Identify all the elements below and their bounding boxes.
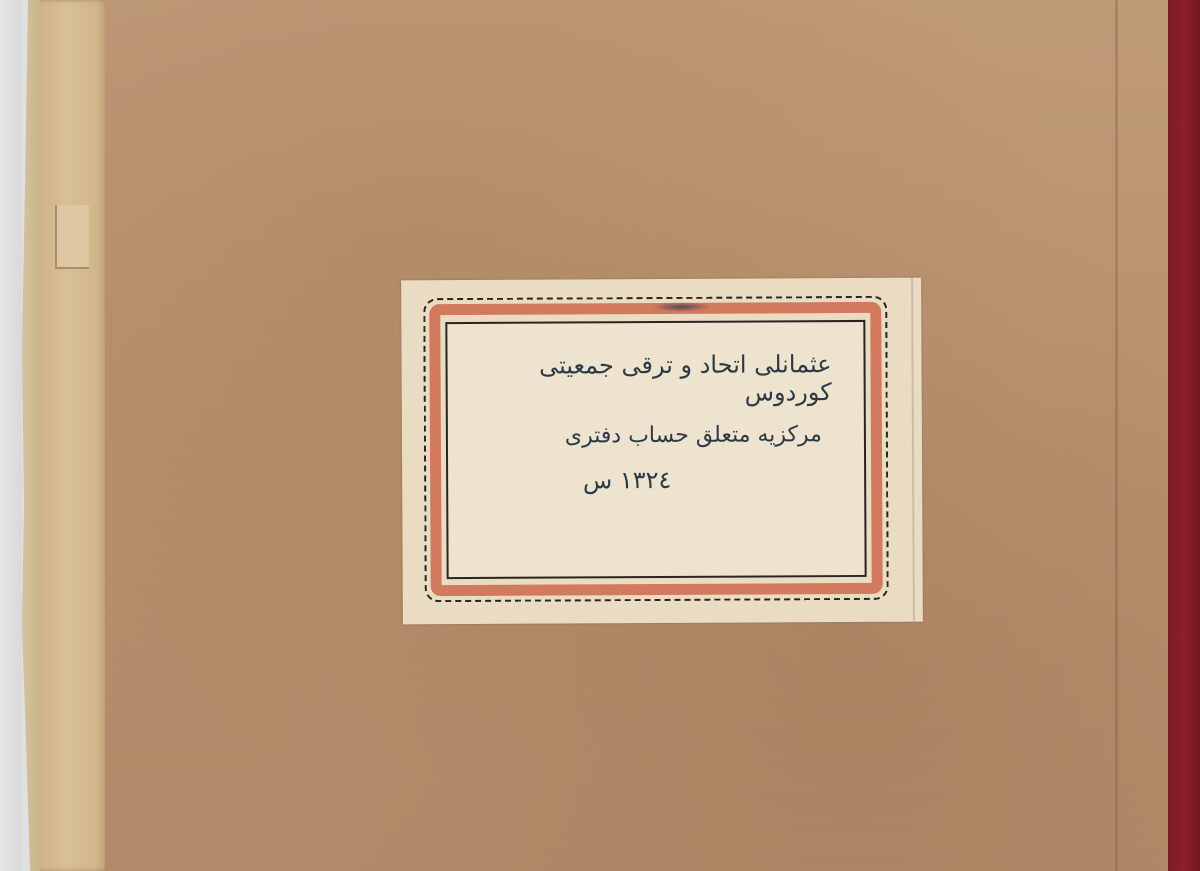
label-text: عثمانلی اتحاد و ترقی جمعیتی کوردوس مرکزی… xyxy=(461,338,852,564)
spine-strip xyxy=(40,0,110,871)
label-year: ١٣٢٤ س xyxy=(462,465,852,495)
ink-blot xyxy=(651,302,711,312)
cover-crease xyxy=(1115,0,1118,871)
label-line-1: عثمانلی اتحاد و ترقی جمعیتی کوردوس xyxy=(461,350,851,408)
cover-label: عثمانلی اتحاد و ترقی جمعیتی کوردوس مرکزی… xyxy=(401,278,923,625)
red-binding xyxy=(1168,0,1200,871)
label-edge xyxy=(911,278,915,622)
label-line-2: مرکزیه متعلق حساب دفتری xyxy=(462,422,852,449)
paper-tear xyxy=(55,205,89,269)
background xyxy=(0,0,22,871)
